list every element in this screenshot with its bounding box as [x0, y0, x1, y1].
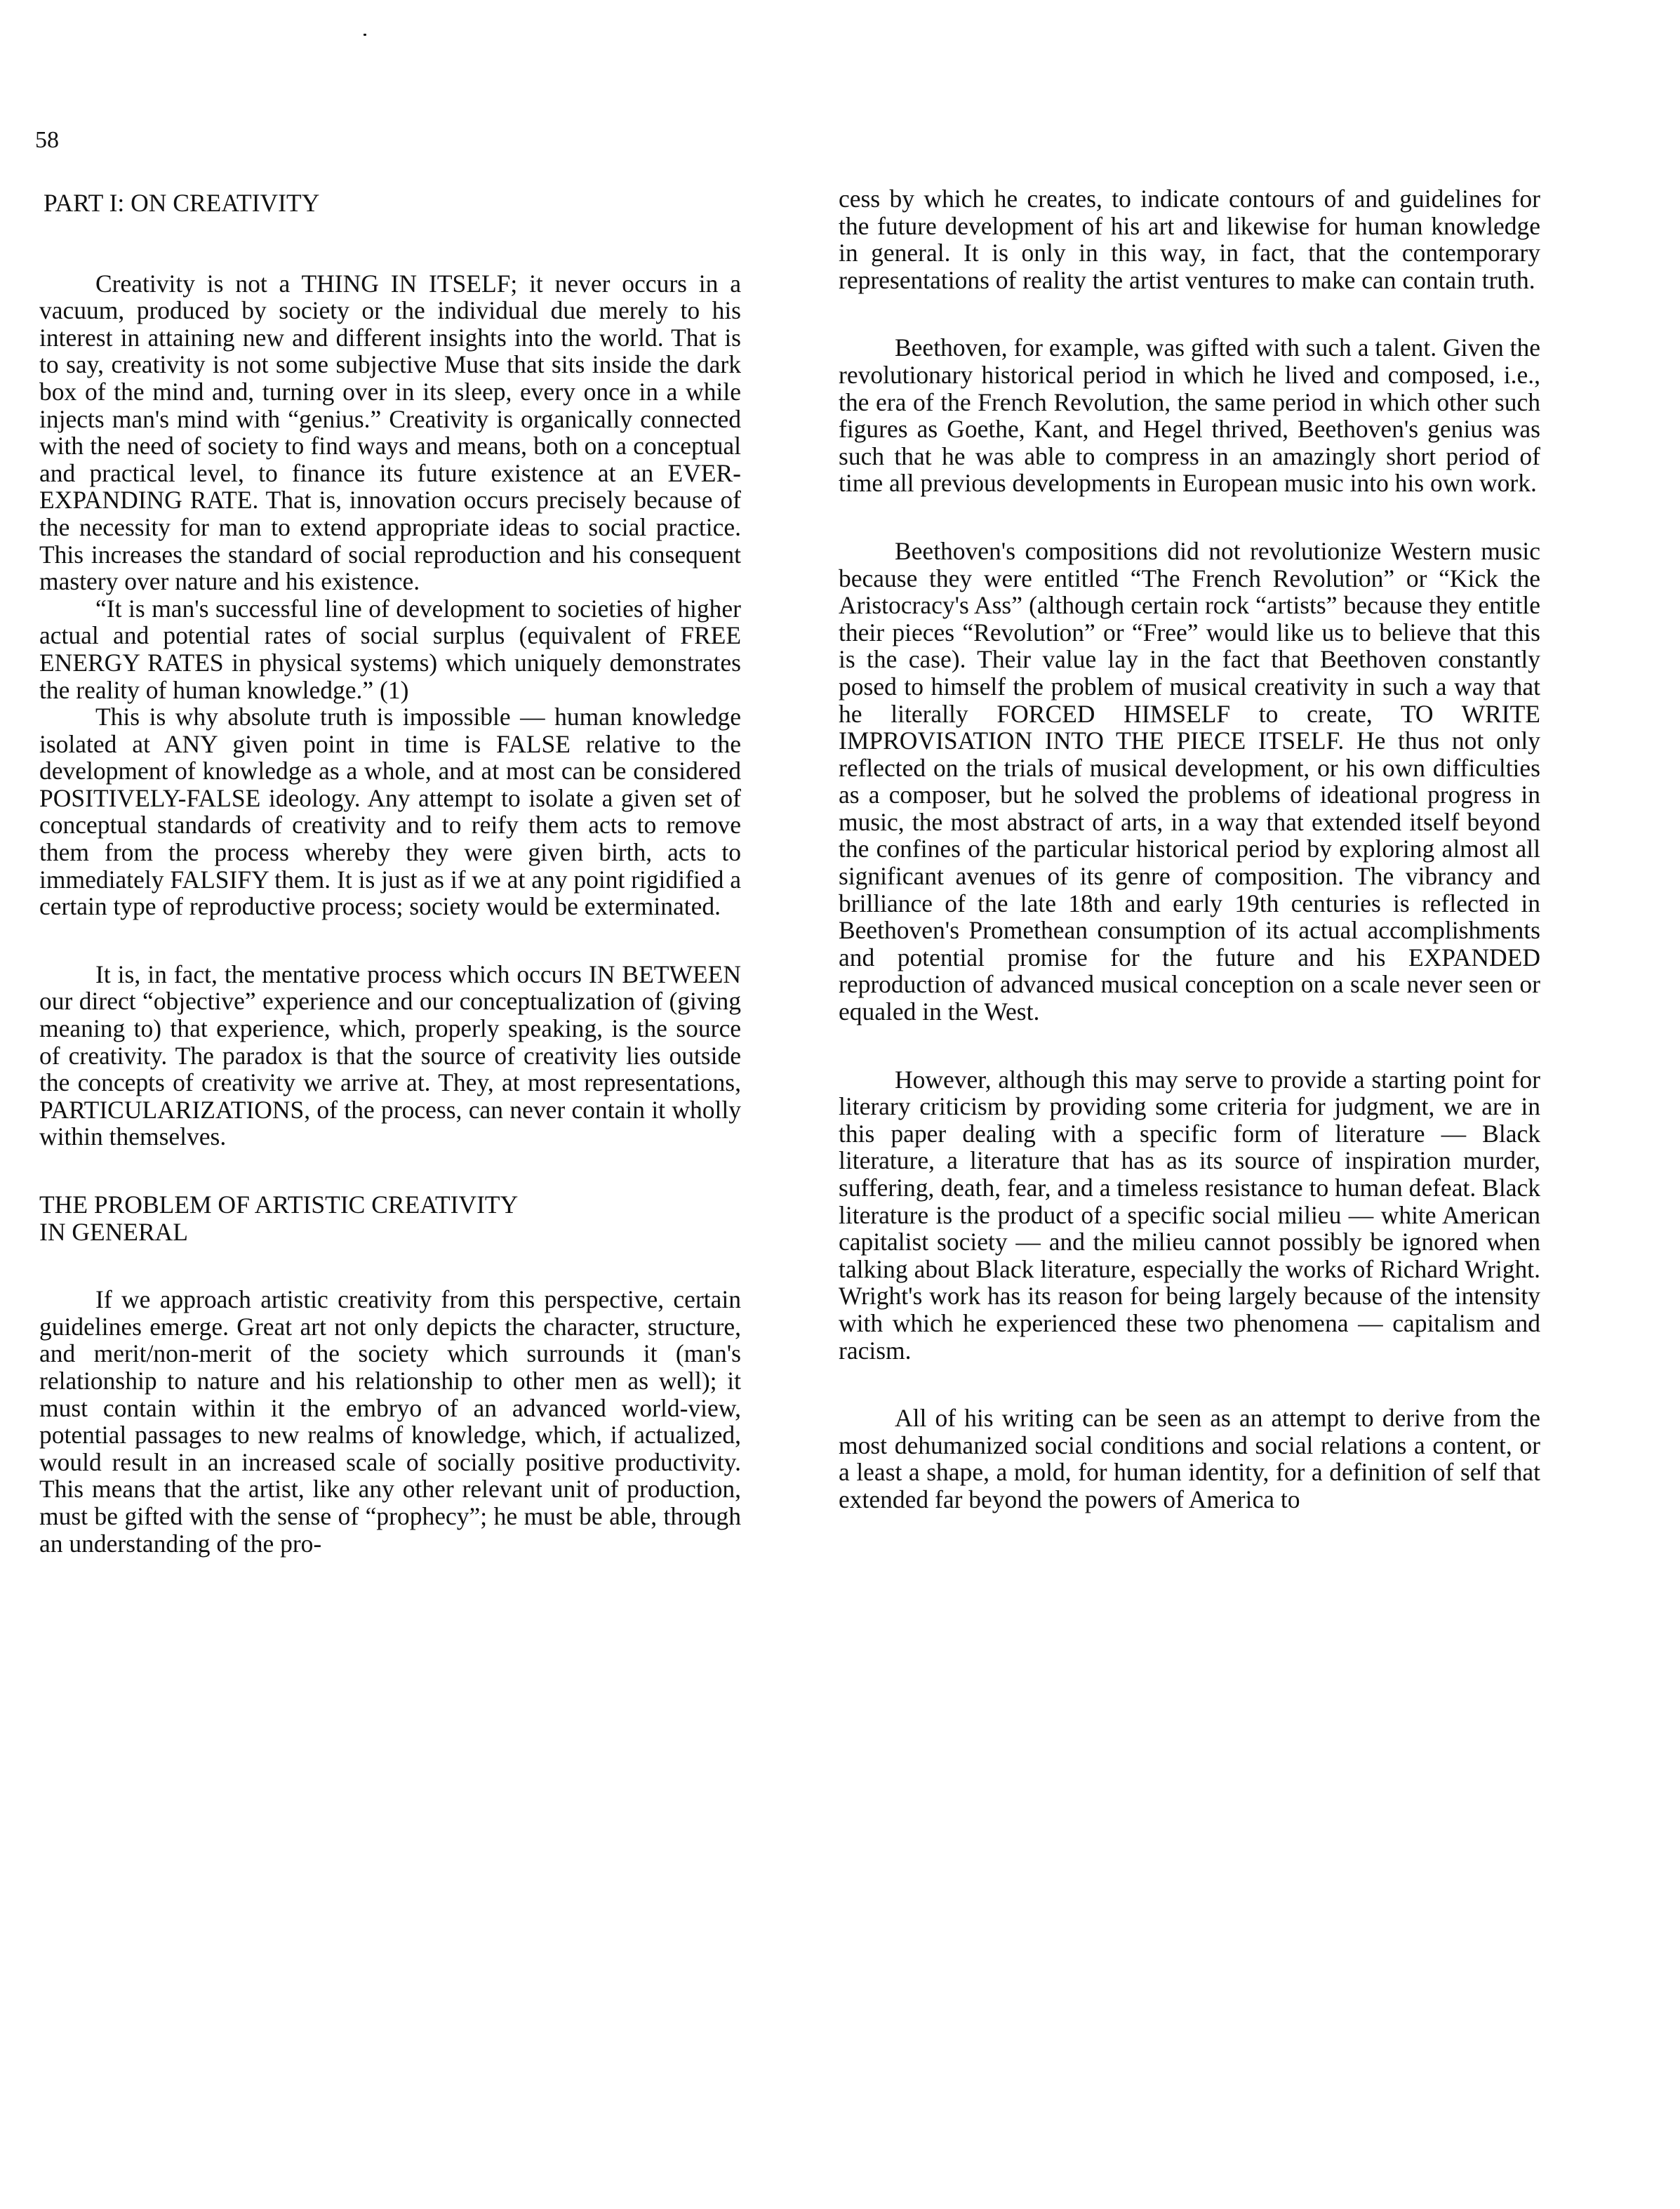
paragraph: It is, in fact, the mentative process wh…	[39, 961, 741, 1150]
right-column: cess by which he creates, to indicate co…	[839, 185, 1540, 1513]
section-heading-artistic-creativity: THE PROBLEM OF ARTISTIC CREATIVITY IN GE…	[39, 1191, 741, 1245]
scan-speck	[364, 34, 366, 36]
paragraph-quote: “It is man's successful line of developm…	[39, 595, 741, 703]
paragraph: If we approach artistic creativity from …	[39, 1286, 741, 1557]
paragraph: All of his writing can be seen as an att…	[839, 1405, 1540, 1513]
page-number: 58	[35, 126, 59, 154]
heading-line: IN GENERAL	[39, 1218, 188, 1246]
paragraph: Beethoven's compositions did not revolut…	[839, 538, 1540, 1026]
document-page: 58 PART I: ON CREATIVITY Creativity is n…	[0, 0, 1680, 2209]
heading-line: THE PROBLEM OF ARTISTIC CREATIVITY	[39, 1190, 518, 1219]
paragraph: Creativity is not a THING IN ITSELF; it …	[39, 270, 741, 595]
section-heading-part-one: PART I: ON CREATIVITY	[44, 190, 741, 217]
paragraph: This is why absolute truth is impossible…	[39, 703, 741, 920]
paragraph: Beethoven, for example, was gifted with …	[839, 334, 1540, 497]
left-column: PART I: ON CREATIVITY Creativity is not …	[39, 190, 741, 1557]
paragraph: However, although this may serve to prov…	[839, 1066, 1540, 1365]
paragraph-continued: cess by which he creates, to indicate co…	[839, 185, 1540, 293]
